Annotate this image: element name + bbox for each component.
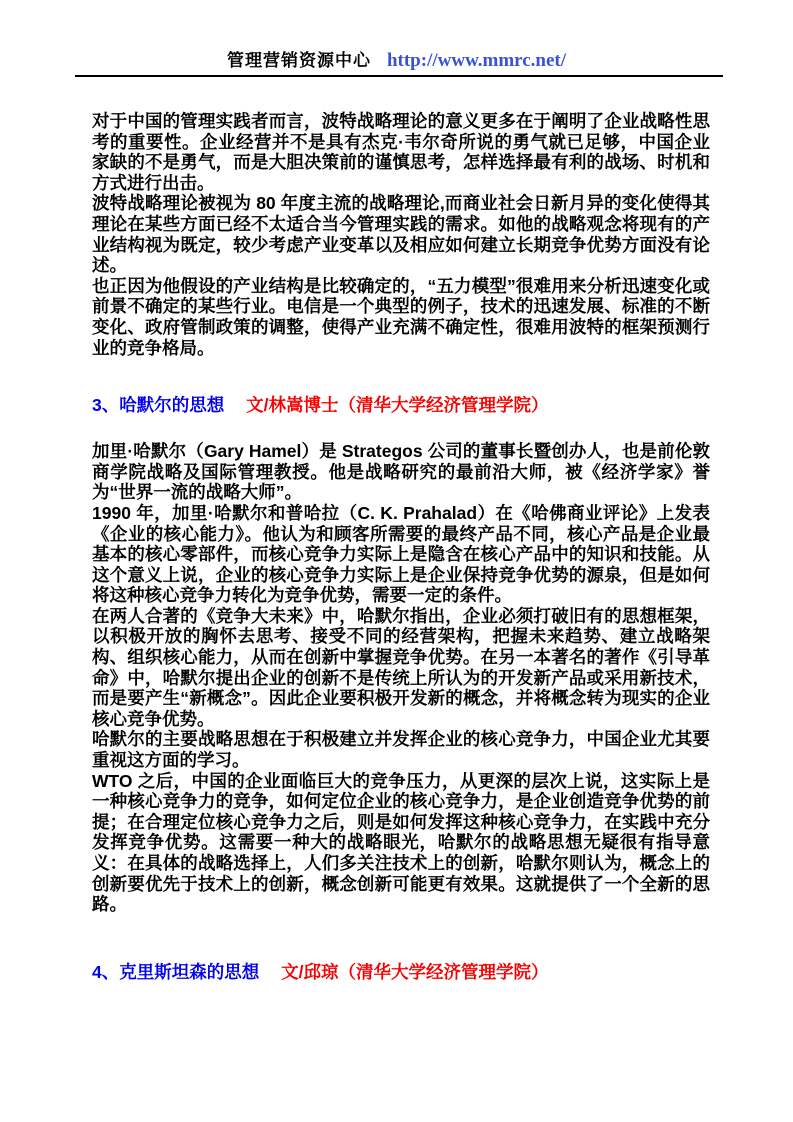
paragraph-five-forces-limits: 也正因为他假设的产业结构是比较确定的，“五力模型”很难用来分析迅速变化或前景不确… xyxy=(92,276,710,358)
paragraph-porter-meaning: 对于中国的管理实践者而言，波特战略理论的意义更多在于阐明了企业战略性思考的重要性… xyxy=(92,111,710,193)
section-heading-4: 4、克里斯坦森的思想 文/邱琼（清华大学经济管理学院） xyxy=(92,962,710,983)
paragraph-core-competence: 1990 年，加里·哈默尔和普哈拉（C. K. Prahalad）在《哈佛商业评… xyxy=(92,503,710,606)
paragraph-hamel-intro: 加里·哈默尔（Gary Hamel）是 Strategos 公司的董事长暨创办人… xyxy=(92,441,710,503)
section-3-title: 3、哈默尔的思想 xyxy=(92,395,224,415)
paragraph-competing-for-future: 在两人合著的《竞争大未来》中，哈默尔指出，企业必须打破旧有的思想框架，以积极开放… xyxy=(92,606,710,730)
paragraph-porter-mainstream: 波特战略理论被视为 80 年度主流的战略理论,而商业社会日新月异的变化使得其理论… xyxy=(92,193,710,275)
section-4-byline: 文/邱琼（清华大学经济管理学院） xyxy=(281,962,548,982)
section-3-byline: 文/林嵩博士（清华大学经济管理学院） xyxy=(246,395,548,415)
paragraph-hamel-main-thought: 哈默尔的主要战略思想在于积极建立并发挥企业的核心竞争力，中国企业尤其要重视这方面… xyxy=(92,729,710,770)
site-url-link[interactable]: http://www.mmrc.net/ xyxy=(387,50,566,71)
document-page: 管理营销资源中心http://www.mmrc.net/ 对于中国的管理实践者而… xyxy=(0,0,793,1122)
page-header: 管理营销资源中心http://www.mmrc.net/ xyxy=(0,46,793,72)
header-rule xyxy=(75,75,723,77)
paragraph-wto-competition: WTO 之后，中国的企业面临巨大的竞争压力，从更深的层次上说，这实际上是一种核心… xyxy=(92,771,710,915)
section-heading-3: 3、哈默尔的思想 文/林嵩博士（清华大学经济管理学院） xyxy=(92,395,710,416)
site-name: 管理营销资源中心 xyxy=(227,51,371,70)
article-body: 对于中国的管理实践者而言，波特战略理论的意义更多在于阐明了企业战略性思考的重要性… xyxy=(92,111,710,983)
section-4-title: 4、克里斯坦森的思想 xyxy=(92,962,259,982)
